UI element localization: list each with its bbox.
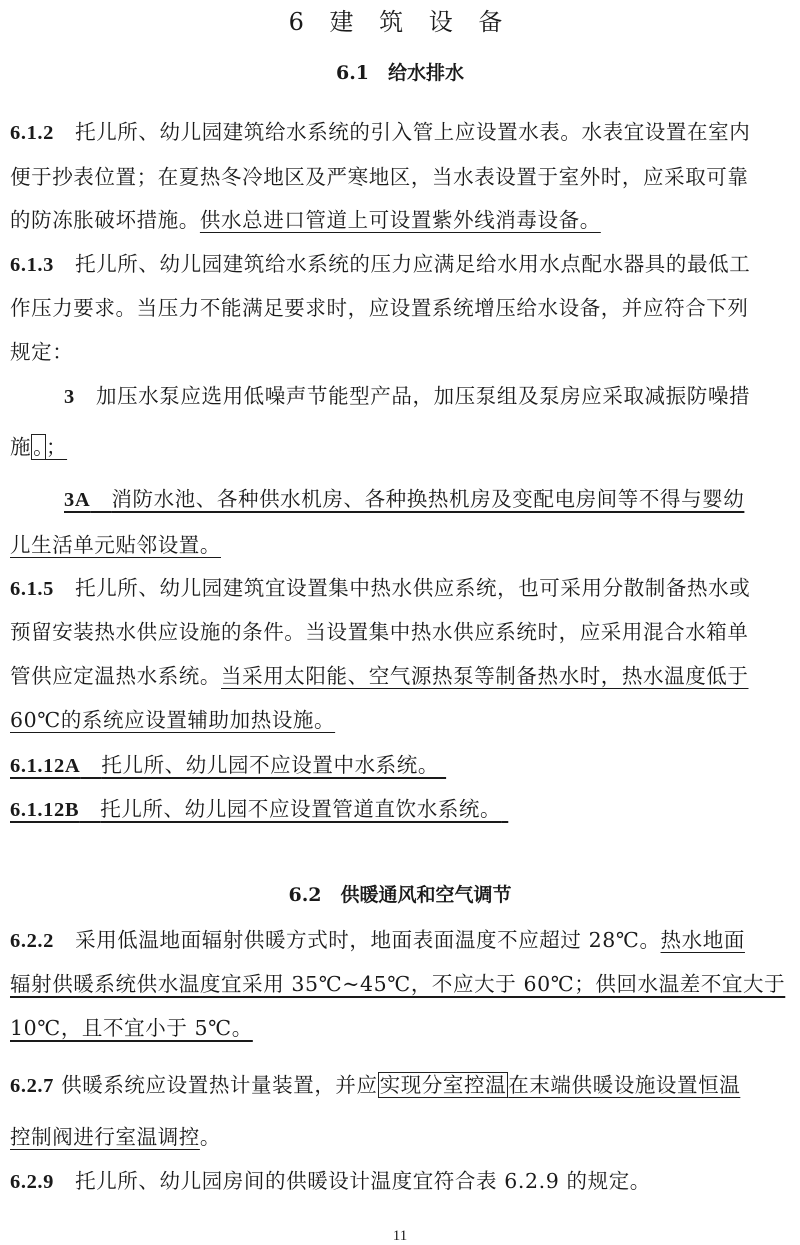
clause-text: 托儿所、幼儿园建筑给水系统的引入管上应设置水表。水表宜设置在室内 xyxy=(75,120,750,144)
clause-6-2-7: 6.2.7 供暖系统应设置热计量装置，并应实现分室控温在末端供暖设施设置恒温 xyxy=(10,1070,740,1101)
item-text-line: 儿生活单元贴邻设置。 xyxy=(10,530,221,560)
clause-6-2-2: 6.2.2 采用低温地面辐射供暖方式时，地面表面温度不应超过 28℃。热水地面 xyxy=(10,925,745,956)
clause-number: 6.1.3 xyxy=(10,254,54,276)
amended-text: 当采用太阳能、空气源热泵等制备热水时，热水温度低于 xyxy=(221,664,749,688)
clause-text-line: 便于抄表位置；在夏热冬冷地区及严寒地区，当水表设置于室外时，应采取可靠 xyxy=(10,162,749,192)
clause-6-1-12b: 6.1.12B 托儿所、幼儿园不应设置管道直饮水系统。 xyxy=(10,794,508,825)
item-text: 消防水池、各种供水机房、各种换热机房及变配电房间等不得与婴幼 xyxy=(111,487,744,511)
clause-number: 6.2.2 xyxy=(10,930,54,952)
item-3a: 3A 消防水池、各种供水机房、各种换热机房及变配电房间等不得与婴幼 xyxy=(64,484,744,515)
clause-text: 供暖系统应设置热计量装置，并应 xyxy=(61,1073,378,1097)
clause-text-line: 控制阀进行室温调控。 xyxy=(10,1122,221,1152)
clause-6-1-5: 6.1.5 托儿所、幼儿园建筑宜设置集中热水供应系统，也可采用分散制备热水或 xyxy=(10,573,750,604)
clause-text: 托儿所、幼儿园房间的供暖设计温度宜符合表 6.2.9 的规定。 xyxy=(75,1169,651,1193)
page-number: 11 xyxy=(0,1228,800,1245)
clause-text-line: 的防冻胀破坏措施。供水总进口管道上可设置紫外线消毒设备。 xyxy=(10,205,601,235)
amended-text: 在末端供暖设施设置恒温 xyxy=(508,1073,740,1097)
clause-text: 托儿所、幼儿园建筑宜设置集中热水供应系统，也可采用分散制备热水或 xyxy=(75,576,750,600)
amended-text: 10℃，且不宜小于 5℃。 xyxy=(10,1013,253,1043)
clause-number: 6.1.12A xyxy=(10,755,80,777)
amended-text: 辐射供暖系统供水温度宜采用 35℃~45℃，不应大于 60℃；供回水温差不宜大于 xyxy=(10,969,785,999)
clause-text-line: 作压力要求。当压力不能满足要求时，应设置系统增压给水设备，并应符合下列 xyxy=(10,293,749,323)
item-text: 加压水泵应选用低噪声节能型产品，加压泵组及泵房应采取减振防噪措 xyxy=(96,384,750,408)
clause-text: 托儿所、幼儿园不应设置中水系统。 xyxy=(101,753,439,777)
amended-text: 热水地面 xyxy=(661,928,745,952)
amended-text: 供水总进口管道上可设置紫外线消毒设备。 xyxy=(200,208,601,232)
clause-6-1-3: 6.1.3 托儿所、幼儿园建筑给水系统的压力应满足给水用水点配水器具的最低工 xyxy=(10,249,750,280)
clause-text: 管供应定温热水系统。 xyxy=(10,664,221,688)
clause-text: 采用低温地面辐射供暖方式时，地面表面温度不应超过 28℃。 xyxy=(75,928,660,952)
deleted-mark: 。 xyxy=(31,434,46,460)
section-heading-6-1: 6.1 给水排水 xyxy=(0,58,800,85)
amended-text: 控制阀进行室温调控 xyxy=(10,1125,200,1149)
clause-text: 托儿所、幼儿园建筑给水系统的压力应满足给水用水点配水器具的最低工 xyxy=(75,252,750,276)
clause-6-2-9: 6.2.9 托儿所、幼儿园房间的供暖设计温度宜符合表 6.2.9 的规定。 xyxy=(10,1166,651,1197)
chapter-title: 6 建 筑 设 备 xyxy=(0,2,800,37)
clause-number: 6.1.12B xyxy=(10,799,79,821)
clause-number: 6.2.7 xyxy=(10,1075,54,1097)
item-number: 3A xyxy=(64,489,90,511)
clause-number: 6.2.9 xyxy=(10,1171,54,1193)
clause-text: 。 xyxy=(200,1125,221,1149)
clause-text-line: 管供应定温热水系统。当采用太阳能、空气源热泵等制备热水时，热水温度低于 xyxy=(10,661,749,691)
item-text: 施 xyxy=(10,435,31,459)
clause-text-line: 规定： xyxy=(10,337,73,367)
deleted-mark: 实现分室控温 xyxy=(378,1072,509,1098)
item-text-line: 施。； xyxy=(10,432,74,462)
clause-text: 托儿所、幼儿园不应设置管道直饮水系统。 xyxy=(100,797,501,821)
item-3: 3 加压水泵应选用低噪声节能型产品，加压泵组及泵房应采取减振防噪措 xyxy=(64,381,750,412)
clause-6-1-2: 6.1.2 托儿所、幼儿园建筑给水系统的引入管上应设置水表。水表宜设置在室内 xyxy=(10,117,750,148)
clause-6-1-12a: 6.1.12A 托儿所、幼儿园不应设置中水系统。 xyxy=(10,750,446,781)
item-number: 3 xyxy=(64,386,75,408)
amended-text: ； xyxy=(46,435,67,459)
clause-text-line: 预留安装热水供应设施的条件。当设置集中热水供应系统时，应采用混合水箱单 xyxy=(10,617,749,647)
clause-number: 6.1.2 xyxy=(10,122,54,144)
amended-text: 60℃的系统应设置辅助加热设施。 xyxy=(10,705,335,735)
clause-number: 6.1.5 xyxy=(10,578,54,600)
clause-text: 的防冻胀破坏措施。 xyxy=(10,208,200,232)
section-heading-6-2: 6.2 供暖通风和空气调节 xyxy=(0,880,800,907)
